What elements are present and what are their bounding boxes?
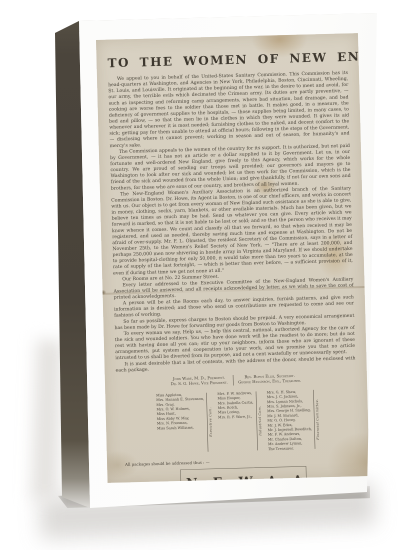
paragraph: The Commission appeals to the women of t… — [110, 143, 351, 192]
officers-block: John Ware, M. D., President.Dr. S. G. Ho… — [116, 372, 356, 389]
address-box: N. E. W. A. A. 22 Summer Street, BOSTON. — [180, 466, 307, 483]
officer-name: George Higginson, Esq., Treasurer. — [238, 378, 301, 385]
committee-column: Mrs. F. W. Andrews,Miss Hooper,Mrs. Isab… — [213, 390, 256, 453]
committee-label: Industrial Com. — [258, 406, 263, 436]
document-content: TO THE WOMEN OF NEW ENGLAND. We appeal t… — [96, 33, 370, 483]
paragraph: The New-England Women's Auxiliary Associ… — [111, 185, 353, 276]
document-title: TO THE WOMEN OF NEW ENGLAND. — [107, 49, 347, 70]
committee-bracket: Financial Committee. — [313, 390, 321, 449]
committee-column: Miss Appleton,Mrs. Hannah E. Stevenson,M… — [152, 391, 207, 454]
committee-label: Financial Committee. — [315, 399, 321, 440]
committee-member: Miss Sarah Williams, — [157, 425, 205, 431]
officers-left: John Ware, M. D., President.Dr. S. G. Ho… — [166, 375, 233, 387]
committee-member: Mrs. R. F. Ware, Jr., — [218, 414, 254, 420]
committee-member: The Treasurer. — [268, 446, 313, 452]
canvas-print-mockup: TO THE WOMEN OF NEW ENGLAND. We appeal t… — [0, 0, 413, 550]
officer-name: Dr. S. G. Howe, Vice President. — [171, 380, 228, 387]
document-paper: TO THE WOMEN OF NEW ENGLAND. We appeal t… — [96, 33, 370, 483]
packages-note: All packages should be addressed thus : … — [125, 456, 358, 467]
paragraph: We appeal to you in behalf of the United… — [108, 70, 350, 149]
officers-right: Rev. Rufus Ellis, Secretary.George Higgi… — [233, 373, 307, 385]
organization-initials: N. E. W. A. A. — [186, 473, 301, 483]
committees-block: Miss Appleton,Mrs. Hannah E. Stevenson,M… — [116, 387, 358, 455]
drop-shadow-left — [31, 340, 63, 501]
document-body: We appeal to you in behalf of the United… — [108, 70, 356, 374]
committee-column: Mrs. G. H. Shaw,Mrs. J. C. Jackson,Mrs. … — [263, 388, 315, 451]
committee-label: Executive Com. — [208, 407, 213, 437]
